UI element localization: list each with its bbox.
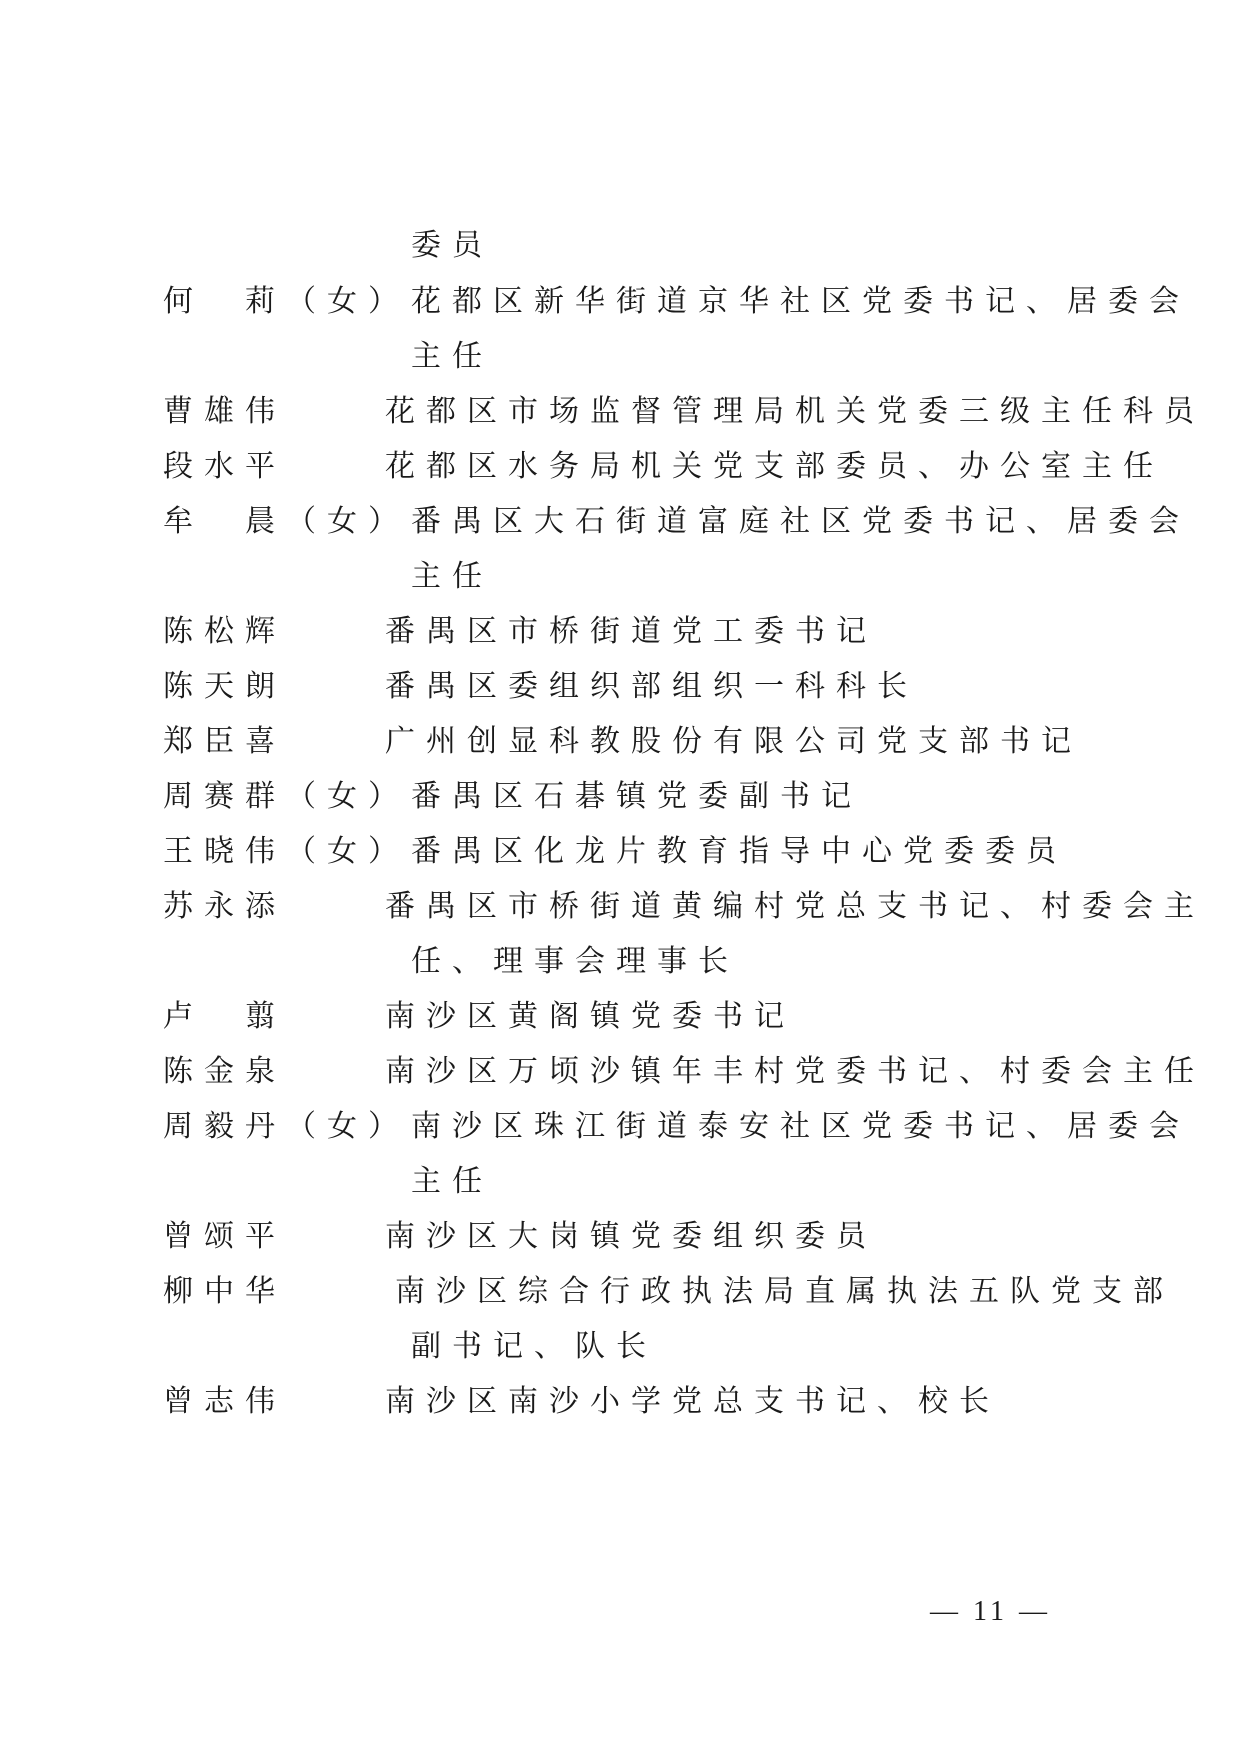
entry-name: 郑臣喜 — [163, 722, 286, 762]
entry-name: 陈松辉 — [163, 612, 286, 652]
entry-duty: 南沙区珠江街道泰安社区党委书记、居委会 — [411, 1107, 1190, 1147]
entry-duty: 番禺区委组织部组织一科科长 — [385, 667, 918, 707]
entry-duty-continued: 副书记、队长 — [411, 1327, 657, 1367]
entry-duty-continued: 主任 — [411, 337, 493, 377]
entry-duty: 番禺区化龙片教育指导中心党委委员 — [411, 832, 1067, 872]
entry-name: 何 莉（女） — [163, 282, 409, 322]
entry-duty: 花都区市场监督管理局机关党委三级主任科员 — [385, 392, 1205, 432]
entry-name: 曾志伟 — [163, 1382, 286, 1422]
entry-name: 王晓伟（女） — [163, 832, 409, 872]
entry-duty-continued: 主任 — [411, 557, 493, 597]
entry-duty: 番禺区市桥街道黄编村党总支书记、村委会主 — [385, 887, 1205, 927]
page-number: — 11 — — [930, 1594, 1051, 1630]
entry-name: 牟 晨（女） — [163, 502, 409, 542]
entry-duty: 广州创显科教股份有限公司党支部书记 — [385, 722, 1082, 762]
entry-duty-continued: 主任 — [411, 1162, 493, 1202]
entry-name: 陈天朗 — [163, 667, 286, 707]
entry-duty: 番禺区市桥街道党工委书记 — [385, 612, 877, 652]
entry-duty: 南沙区南沙小学党总支书记、校长 — [385, 1382, 1000, 1422]
entry-name: 周毅丹（女） — [163, 1107, 409, 1147]
entry-duty: 花都区新华街道京华社区党委书记、居委会 — [411, 282, 1190, 322]
entry-name: 周赛群（女） — [163, 777, 409, 817]
entry-name: 段水平 — [163, 447, 286, 487]
entry-duty: 南沙区大岗镇党委组织委员 — [385, 1217, 877, 1257]
entry-name: 曹雄伟 — [163, 392, 286, 432]
entry-duty: 南沙区万顷沙镇年丰村党委书记、村委会主任 — [385, 1052, 1205, 1092]
continuation-line: 委员 — [411, 226, 493, 266]
entry-duty: 花都区水务局机关党支部委员、办公室主任 — [385, 447, 1164, 487]
entry-name: 卢 翦 — [163, 997, 286, 1037]
document-page: 委员 何 莉（女） 花都区新华街道京华社区党委书记、居委会 主任 曹雄伟 花都区… — [0, 0, 1240, 1754]
entry-duty: 番禺区石碁镇党委副书记 — [411, 777, 862, 817]
entry-name: 曾颂平 — [163, 1217, 286, 1257]
entry-duty: 南沙区综合行政执法局直属执法五队党支部 — [395, 1272, 1174, 1312]
entry-duty: 番禺区大石街道富庭社区党委书记、居委会 — [411, 502, 1190, 542]
entry-name: 苏永添 — [163, 887, 286, 927]
entry-name: 陈金泉 — [163, 1052, 286, 1092]
entry-name: 柳中华 — [163, 1272, 286, 1312]
entry-duty: 南沙区黄阁镇党委书记 — [385, 997, 795, 1037]
entry-duty-continued: 任、理事会理事长 — [411, 942, 739, 982]
